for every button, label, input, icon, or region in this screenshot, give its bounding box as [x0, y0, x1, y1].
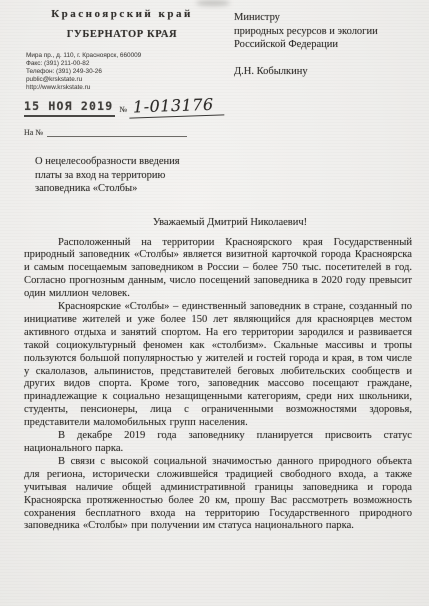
scan-artifact-smudge: [196, 0, 230, 6]
contact-address: Мира пр., д. 110, г. Красноярск, 660009: [26, 52, 220, 60]
sender-office-title: ГУБЕРНАТОР КРАЯ: [24, 29, 220, 40]
paragraph-2: Красноярские «Столбы» – единственный зап…: [24, 301, 412, 430]
paragraph-3: В декабре 2019 года заповеднику планируе…: [24, 430, 412, 456]
outgoing-number-handwritten: 1-013176: [129, 94, 224, 118]
paragraph-4: В связи с высокой социальной значимостью…: [24, 456, 412, 533]
contact-website: http://www.krskstate.ru: [26, 84, 220, 92]
registration-stamp-row: 15 НОЯ 2019 № 1-013176: [24, 96, 220, 117]
salutation: Уважаемый Дмитрий Николаевич!: [24, 217, 412, 228]
recipient-block: Министру природных ресурсов и экологии Р…: [234, 6, 412, 137]
subject-line: О нецелесообразности введения: [35, 155, 240, 169]
sender-region: Красноярский край: [24, 6, 220, 20]
reference-number-row: На №: [24, 128, 220, 137]
date-stamp: 15 НОЯ 2019: [24, 99, 115, 117]
recipient-title-line: Министру: [234, 11, 412, 25]
reference-number-blank-line: [47, 128, 187, 137]
contact-email: public@krskstate.ru: [26, 76, 220, 84]
number-sign: №: [119, 105, 127, 114]
sender-contact-block: Мира пр., д. 110, г. Красноярск, 660009 …: [26, 52, 220, 92]
contact-fax: Факс: (391) 211-00-82: [26, 60, 220, 68]
sender-block: Красноярский край ГУБЕРНАТОР КРАЯ Мира п…: [24, 6, 220, 137]
letterhead: Красноярский край ГУБЕРНАТОР КРАЯ Мира п…: [24, 6, 412, 137]
letter-body: Расположенный на территории Красноярског…: [24, 237, 412, 534]
subject-line: платы за вход на территорию: [35, 169, 240, 183]
reference-number-label: На №: [24, 128, 43, 137]
paragraph-1: Расположенный на территории Красноярског…: [24, 237, 412, 302]
subject-block: О нецелесообразности введения платы за в…: [35, 155, 240, 196]
recipient-title-line: природных ресурсов и экологии: [234, 25, 412, 39]
scanned-letter-page: Красноярский край ГУБЕРНАТОР КРАЯ Мира п…: [0, 0, 429, 606]
recipient-name: Д.Н. Кобылкину: [234, 66, 412, 77]
contact-phone: Телефон: (391) 249-30-26: [26, 68, 220, 76]
subject-line: заповедника «Столбы»: [35, 182, 240, 196]
recipient-title-line: Российской Федерации: [234, 38, 412, 52]
